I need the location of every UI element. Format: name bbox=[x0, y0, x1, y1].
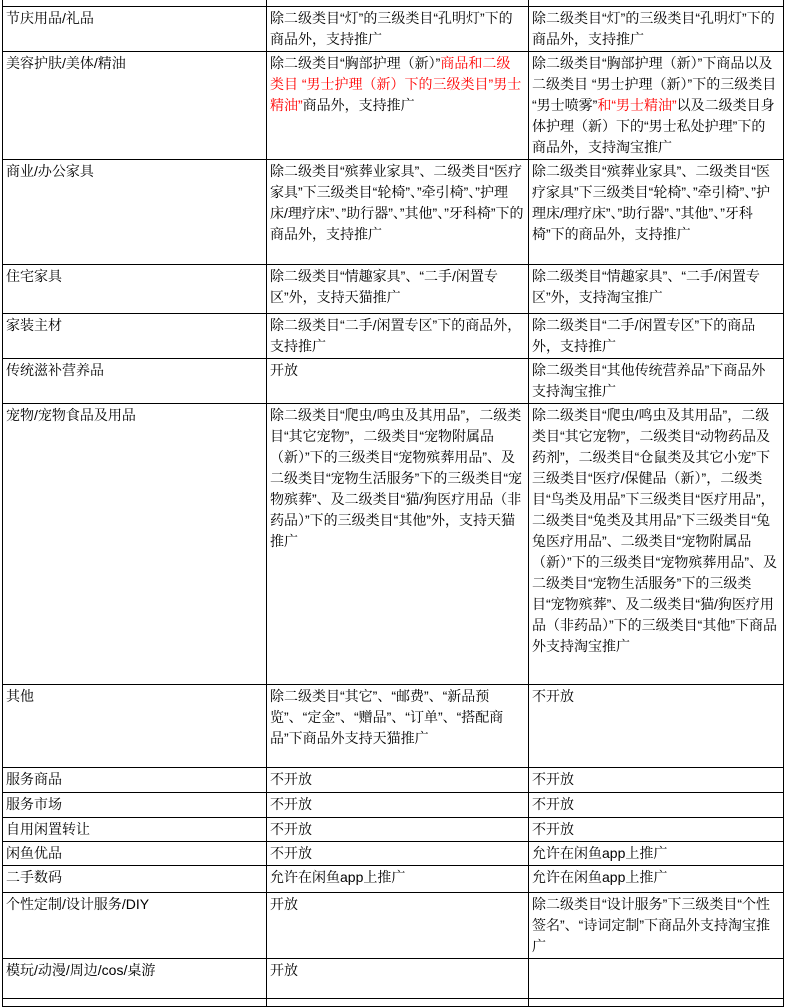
category-cell: 服务市场 bbox=[3, 793, 267, 818]
rule-col2-cell: 除二级类目“灯”的三级类目“孔明灯”下的商品外，支持推广 bbox=[529, 7, 784, 52]
rule-col2-cell: 允许在闲鱼app上推广 bbox=[529, 866, 784, 893]
table-row: 传统滋补营养品开放除二级类目“其他传统营养品”下商品外支持淘宝推广 bbox=[3, 359, 784, 404]
rule-col1-cell: 不开放 bbox=[267, 768, 529, 793]
category-cell: 美容护肤/美体/精油 bbox=[3, 52, 267, 160]
rule-text: 除二级类目“其他传统营养品”下商品外支持淘宝推广 bbox=[532, 362, 765, 399]
category-cell: 商业/办公家具 bbox=[3, 160, 267, 265]
rule-col2-cell: 不开放 bbox=[529, 768, 784, 793]
rule-text: 除二级类目“其它”、“邮费”、“新品预览”、“定金”、“赠品”、“订单”、“搭配… bbox=[270, 688, 503, 746]
rule-col2-cell: 除二级类目“其他传统营养品”下商品外支持淘宝推广 bbox=[529, 359, 784, 404]
category-cell: 自用闲置转让 bbox=[3, 818, 267, 842]
rule-col2-cell: 除二级类目“殡葬业家具”、二级类目“医疗家具”下三级类目“轮椅”、”牵引椅”、”… bbox=[529, 160, 784, 265]
rule-text: 不开放 bbox=[270, 771, 312, 787]
rule-col2-cell: 除二级类目“胸部护理（新）”下商品以及二级类目 “男士护理（新）”下的三级类目 … bbox=[529, 52, 784, 160]
category-cell: 住宅家具 bbox=[3, 265, 267, 314]
rule-col1-cell: 除二级类目“殡葬业家具”、二级类目“医疗家具”下三级类目“轮椅”、”牵引椅”、”… bbox=[267, 160, 529, 265]
rule-text: 不开放 bbox=[532, 688, 574, 704]
rule-col2-cell bbox=[529, 959, 784, 999]
rule-text: 除二级类目“灯”的三级类目“孔明灯”下的商品外，支持推广 bbox=[532, 10, 775, 47]
rule-text: 开放 bbox=[270, 896, 298, 912]
rule-text: 允许在闲鱼app上推广 bbox=[532, 869, 667, 885]
category-cell: 节庆用品/礼品 bbox=[3, 7, 267, 52]
rule-col1-cell: 开放 bbox=[267, 893, 529, 959]
rule-text: 除二级类目“爬虫/鸣虫及其用品”，二级类目“其它宠物”，二级类目“动物药品及药剂… bbox=[532, 407, 777, 654]
rule-text: 开放 bbox=[270, 962, 298, 978]
rule-col1-cell: 开放 bbox=[267, 359, 529, 404]
rule-col1-cell: 不开放 bbox=[267, 842, 529, 866]
rule-text: 除二级类目“胸部护理（新）” bbox=[270, 55, 440, 71]
table-row: 个性定制/设计服务/DIY开放除二级类目“设计服务”下三级类目“个性签名”、“诗… bbox=[3, 893, 784, 959]
category-cell: 家装主材 bbox=[3, 314, 267, 359]
rule-col1-cell: 允许在闲鱼app上推广 bbox=[267, 866, 529, 893]
table-row: 宠物/宠物食品及用品除二级类目“爬虫/鸣虫及其用品”，二级类目“其它宠物”，二级… bbox=[3, 404, 784, 685]
rule-text: 除二级类目“情趣家具”、“二手/闲置专区”外，支持淘宝推广 bbox=[532, 268, 760, 305]
rule-text: 允许在闲鱼app上推广 bbox=[270, 869, 405, 885]
rule-text: 不开放 bbox=[532, 821, 574, 837]
rule-col1-cell: 除二级类目“其它”、“邮费”、“新品预览”、“定金”、“赠品”、“订单”、“搭配… bbox=[267, 685, 529, 768]
rule-col2-cell: 允许在闲鱼app上推广 bbox=[529, 842, 784, 866]
rule-text: 除二级类目“情趣家具”、“二手/闲置专区”外，支持天猫推广 bbox=[270, 268, 498, 305]
rule-text: 不开放 bbox=[270, 821, 312, 837]
category-cell: 二手数码 bbox=[3, 866, 267, 893]
table-row: 模玩/动漫/周边/cos/桌游开放 bbox=[3, 959, 784, 999]
rule-col2-cell: 不开放 bbox=[529, 793, 784, 818]
table-row: 闲鱼优品不开放允许在闲鱼app上推广 bbox=[3, 842, 784, 866]
rule-text: 除二级类目“爬虫/鸣虫及其用品”，二级类目“其它宠物”，二级类目“宠物附属品（新… bbox=[270, 407, 522, 549]
rule-col2-cell: 除二级类目“设计服务”下三级类目“个性签名”、“诗词定制”下商品外支持淘宝推广 bbox=[529, 893, 784, 959]
category-cell: 宠物/宠物食品及用品 bbox=[3, 404, 267, 685]
rule-text: 除二级类目“殡葬业家具”、二级类目“医疗家具”下三级类目“轮椅”、”牵引椅”、”… bbox=[270, 163, 524, 242]
rule-text: 不开放 bbox=[532, 796, 574, 812]
rule-col1-cell: 除二级类目“胸部护理（新）”商品和二级类目 “男士护理（新）下的三级类目”男士精… bbox=[267, 52, 529, 160]
rule-col1-cell: 不开放 bbox=[267, 793, 529, 818]
rule-text: 不开放 bbox=[532, 771, 574, 787]
rule-text: 除二级类目“设计服务”下三级类目“个性签名”、“诗词定制”下商品外支持淘宝推广 bbox=[532, 896, 770, 954]
table-row: 商业/办公家具除二级类目“殡葬业家具”、二级类目“医疗家具”下三级类目“轮椅”、… bbox=[3, 160, 784, 265]
rule-col2-cell: 除二级类目“爬虫/鸣虫及其用品”，二级类目“其它宠物”，二级类目“动物药品及药剂… bbox=[529, 404, 784, 685]
rule-col1-cell: 开放 bbox=[267, 959, 529, 999]
category-table-body: 节庆用品/礼品除二级类目“灯”的三级类目“孔明灯”下的商品外，支持推广除二级类目… bbox=[3, 0, 784, 999]
rule-col1-cell: 除二级类目“爬虫/鸣虫及其用品”，二级类目“其它宠物”，二级类目“宠物附属品（新… bbox=[267, 404, 529, 685]
rule-col2-cell: 除二级类目“情趣家具”、“二手/闲置专区”外，支持淘宝推广 bbox=[529, 265, 784, 314]
table-row: 服务商品不开放不开放 bbox=[3, 768, 784, 793]
rule-col1-cell: 除二级类目“二手/闲置专区”下的商品外，支持推广 bbox=[267, 314, 529, 359]
rule-col2-cell: 不开放 bbox=[529, 818, 784, 842]
category-cell: 服务商品 bbox=[3, 768, 267, 793]
table-row: 节庆用品/礼品除二级类目“灯”的三级类目“孔明灯”下的商品外，支持推广除二级类目… bbox=[3, 7, 784, 52]
table-row: 住宅家具除二级类目“情趣家具”、“二手/闲置专区”外，支持天猫推广除二级类目“情… bbox=[3, 265, 784, 314]
rule-col2-cell: 不开放 bbox=[529, 685, 784, 768]
category-cell: 模玩/动漫/周边/cos/桌游 bbox=[3, 959, 267, 999]
table-row: 二手数码允许在闲鱼app上推广允许在闲鱼app上推广 bbox=[3, 866, 784, 893]
rule-text: 除二级类目“殡葬业家具”、二级类目“医疗家具”下三级类目“轮椅”、”牵引椅”、”… bbox=[532, 163, 770, 242]
category-cell: 闲鱼优品 bbox=[3, 842, 267, 866]
rule-text: 不开放 bbox=[270, 796, 312, 812]
rule-text: 开放 bbox=[270, 362, 298, 378]
table-row: 服务市场不开放不开放 bbox=[3, 793, 784, 818]
rule-text: 商品外，支持推广 bbox=[303, 97, 415, 113]
rule-col1-cell: 除二级类目“情趣家具”、“二手/闲置专区”外，支持天猫推广 bbox=[267, 265, 529, 314]
table-row: 自用闲置转让不开放不开放 bbox=[3, 818, 784, 842]
category-cell: 传统滋补营养品 bbox=[3, 359, 267, 404]
rule-text: 除二级类目“二手/闲置专区”下的商品外，支持推广 bbox=[532, 317, 755, 354]
category-cell: 其他 bbox=[3, 685, 267, 768]
rule-text: 不开放 bbox=[270, 845, 312, 861]
rule-text: 允许在闲鱼app上推广 bbox=[532, 845, 667, 861]
rule-col2-cell: 除二级类目“二手/闲置专区”下的商品外，支持推广 bbox=[529, 314, 784, 359]
category-promotion-table: 节庆用品/礼品除二级类目“灯”的三级类目“孔明灯”下的商品外，支持推广除二级类目… bbox=[2, 0, 784, 999]
rule-text: 除二级类目“二手/闲置专区”下的商品外，支持推广 bbox=[270, 317, 521, 354]
rule-col1-cell: 除二级类目“灯”的三级类目“孔明灯”下的商品外，支持推广 bbox=[267, 7, 529, 52]
table-row: 其他除二级类目“其它”、“邮费”、“新品预览”、“定金”、“赠品”、“订单”、“… bbox=[3, 685, 784, 768]
table-row: 家装主材除二级类目“二手/闲置专区”下的商品外，支持推广除二级类目“二手/闲置专… bbox=[3, 314, 784, 359]
document-page: 节庆用品/礼品除二级类目“灯”的三级类目“孔明灯”下的商品外，支持推广除二级类目… bbox=[2, 0, 783, 999]
table-row: 美容护肤/美体/精油除二级类目“胸部护理（新）”商品和二级类目 “男士护理（新）… bbox=[3, 52, 784, 160]
category-cell: 个性定制/设计服务/DIY bbox=[3, 893, 267, 959]
highlighted-rule-text: 和“男士精油” bbox=[597, 97, 676, 113]
rule-text: 除二级类目“灯”的三级类目“孔明灯”下的商品外，支持推广 bbox=[270, 10, 513, 47]
rule-col1-cell: 不开放 bbox=[267, 818, 529, 842]
